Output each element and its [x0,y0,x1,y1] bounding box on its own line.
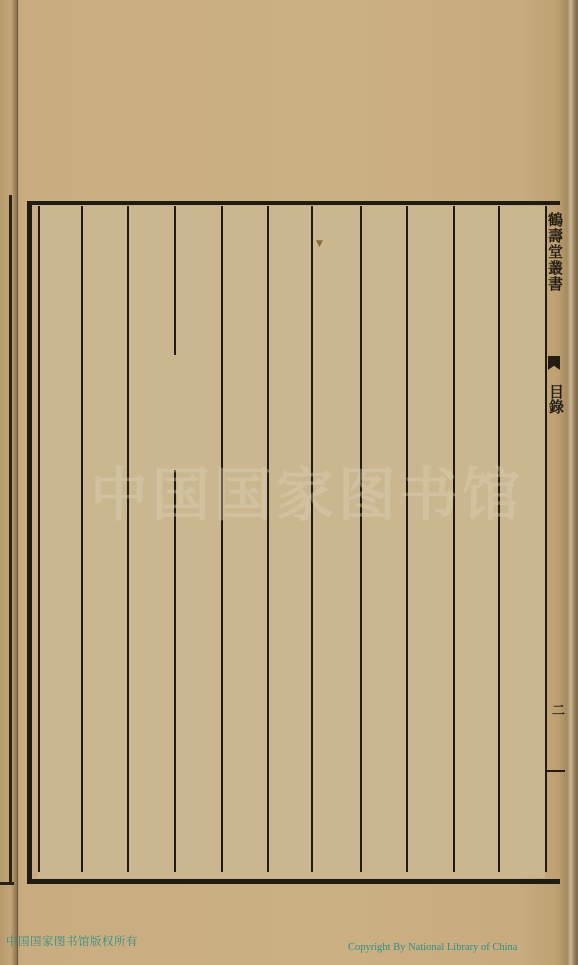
fold-margin-divider [545,770,565,772]
book-spine-edge [560,0,578,965]
fold-margin-section: 目錄 [547,384,565,414]
fold-margin-line [545,206,547,872]
fold-margin-title: 鶴壽堂叢書 [546,212,564,292]
center-watermark: 中国国家图书馆 [90,440,510,550]
column-line [81,206,83,872]
previous-page-frame-line [9,195,12,885]
column-line [38,206,40,872]
copyright-chinese: 中国国家图书馆版权所有 [6,933,138,949]
copyright-english: Copyright By National Library of China [348,942,517,953]
ink-speck: ▼ [316,240,324,248]
previous-page-frame-bottom [0,882,14,885]
fold-margin-page-number: 二 [550,703,566,716]
